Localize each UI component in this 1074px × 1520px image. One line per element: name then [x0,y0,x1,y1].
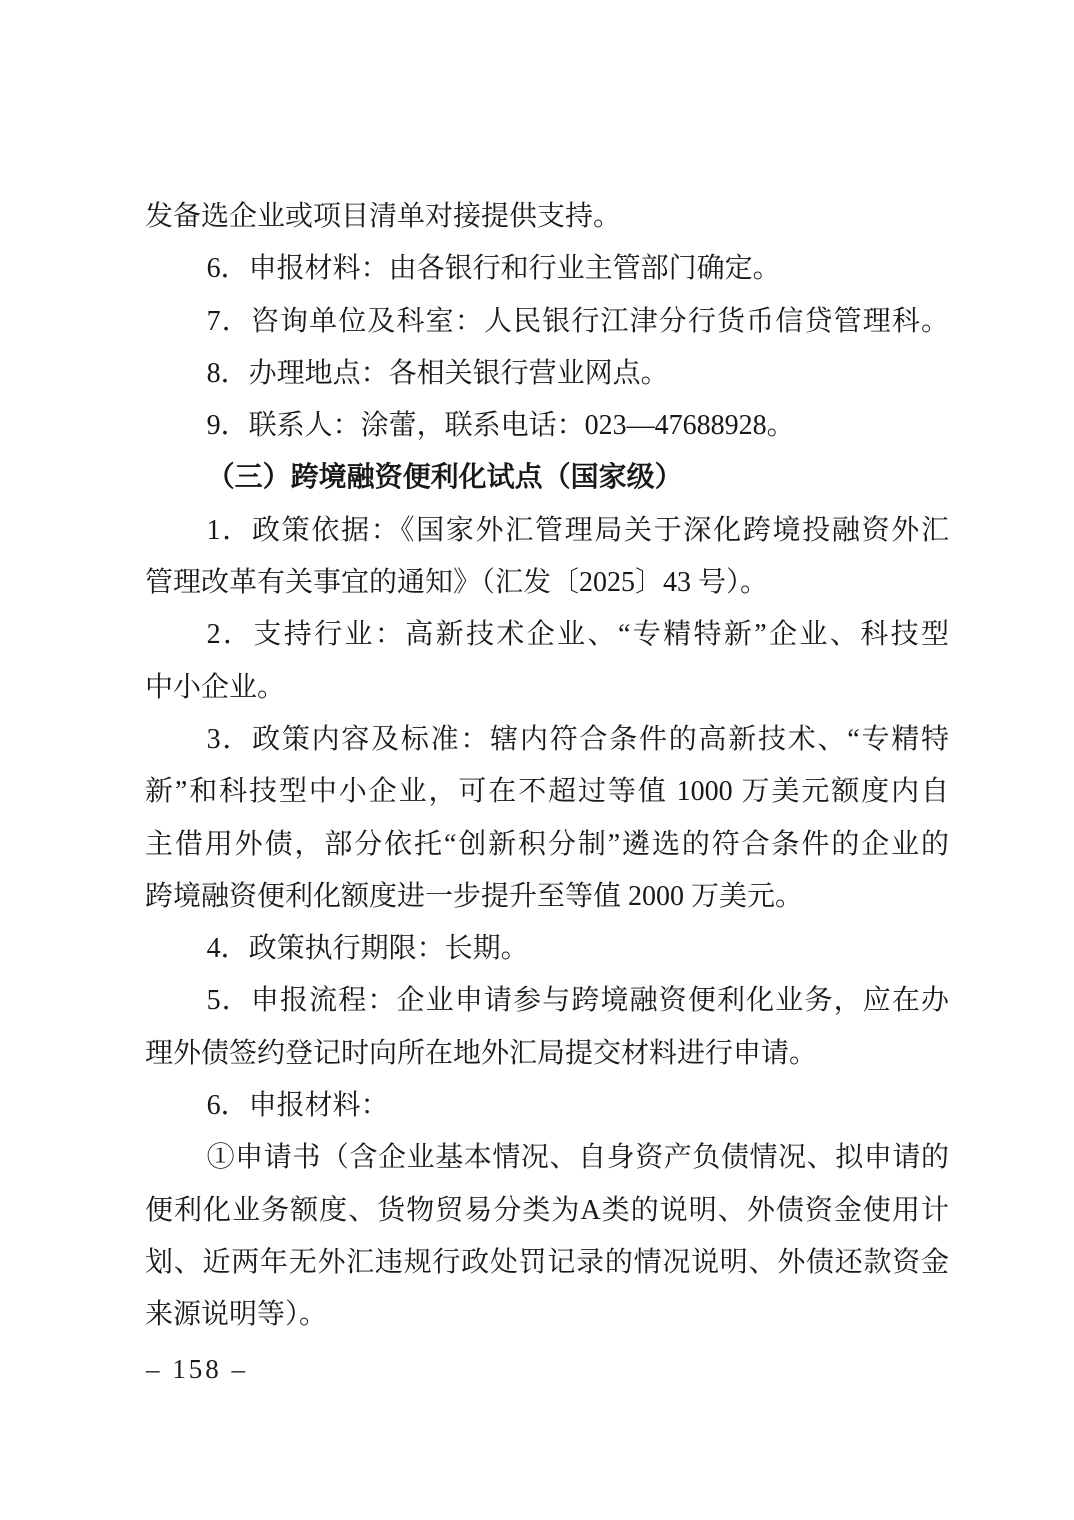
text-line: 中小企业。 [145,662,949,714]
text-line: 便利化业务额度、货物贸易分类为A类的说明、外债资金使用计 [145,1185,949,1237]
text-line: 新”和科技型中小企业，可在不超过等值 1000 万美元额度内自 [145,766,949,818]
text-line: 6．申报材料： [145,1080,949,1132]
document-page: 发备选企业或项目清单对接提供支持。 6．申报材料：由各银行和行业主管部门确定。 … [0,0,1074,1520]
text-line: 8．办理地点：各相关银行营业网点。 [145,348,949,400]
page-number: – 158 – [146,1354,248,1385]
text-line: 跨境融资便利化额度进一步提升至等值 2000 万美元。 [145,871,949,923]
section-heading: （三）跨境融资便利化试点（国家级） [145,452,949,504]
text-line: 1．政策依据：《国家外汇管理局关于深化跨境投融资外汇 [145,505,949,557]
text-line: 6．申报材料：由各银行和行业主管部门确定。 [145,243,949,295]
text-line: 5．申报流程：企业申请参与跨境融资便利化业务，应在办 [145,975,949,1027]
text-line: 理外债签约登记时向所在地外汇局提交材料进行申请。 [145,1028,949,1080]
text-line: 管理改革有关事宜的通知》（汇发〔2025〕43 号）。 [145,557,949,609]
text-line: 4．政策执行期限：长期。 [145,923,949,975]
text-line: 3．政策内容及标准：辖内符合条件的高新技术、“专精特 [145,714,949,766]
text-line: 2．支持行业：高新技术企业、“专精特新”企业、科技型 [145,609,949,661]
text-line: ①申请书（含企业基本情况、自身资产负债情况、拟申请的 [145,1132,949,1184]
document-body: 发备选企业或项目清单对接提供支持。 6．申报材料：由各银行和行业主管部门确定。 … [145,191,949,1342]
text-line: 划、近两年无外汇违规行政处罚记录的情况说明、外债还款资金 [145,1237,949,1289]
text-line: 7．咨询单位及科室：人民银行江津分行货币信贷管理科。 [145,296,949,348]
text-line: 发备选企业或项目清单对接提供支持。 [145,191,949,243]
text-line: 来源说明等）。 [145,1289,949,1341]
text-line: 9．联系人：涂蕾，联系电话：023—47688928。 [145,400,949,452]
text-line: 主借用外债，部分依托“创新积分制”遴选的符合条件的企业的 [145,819,949,871]
